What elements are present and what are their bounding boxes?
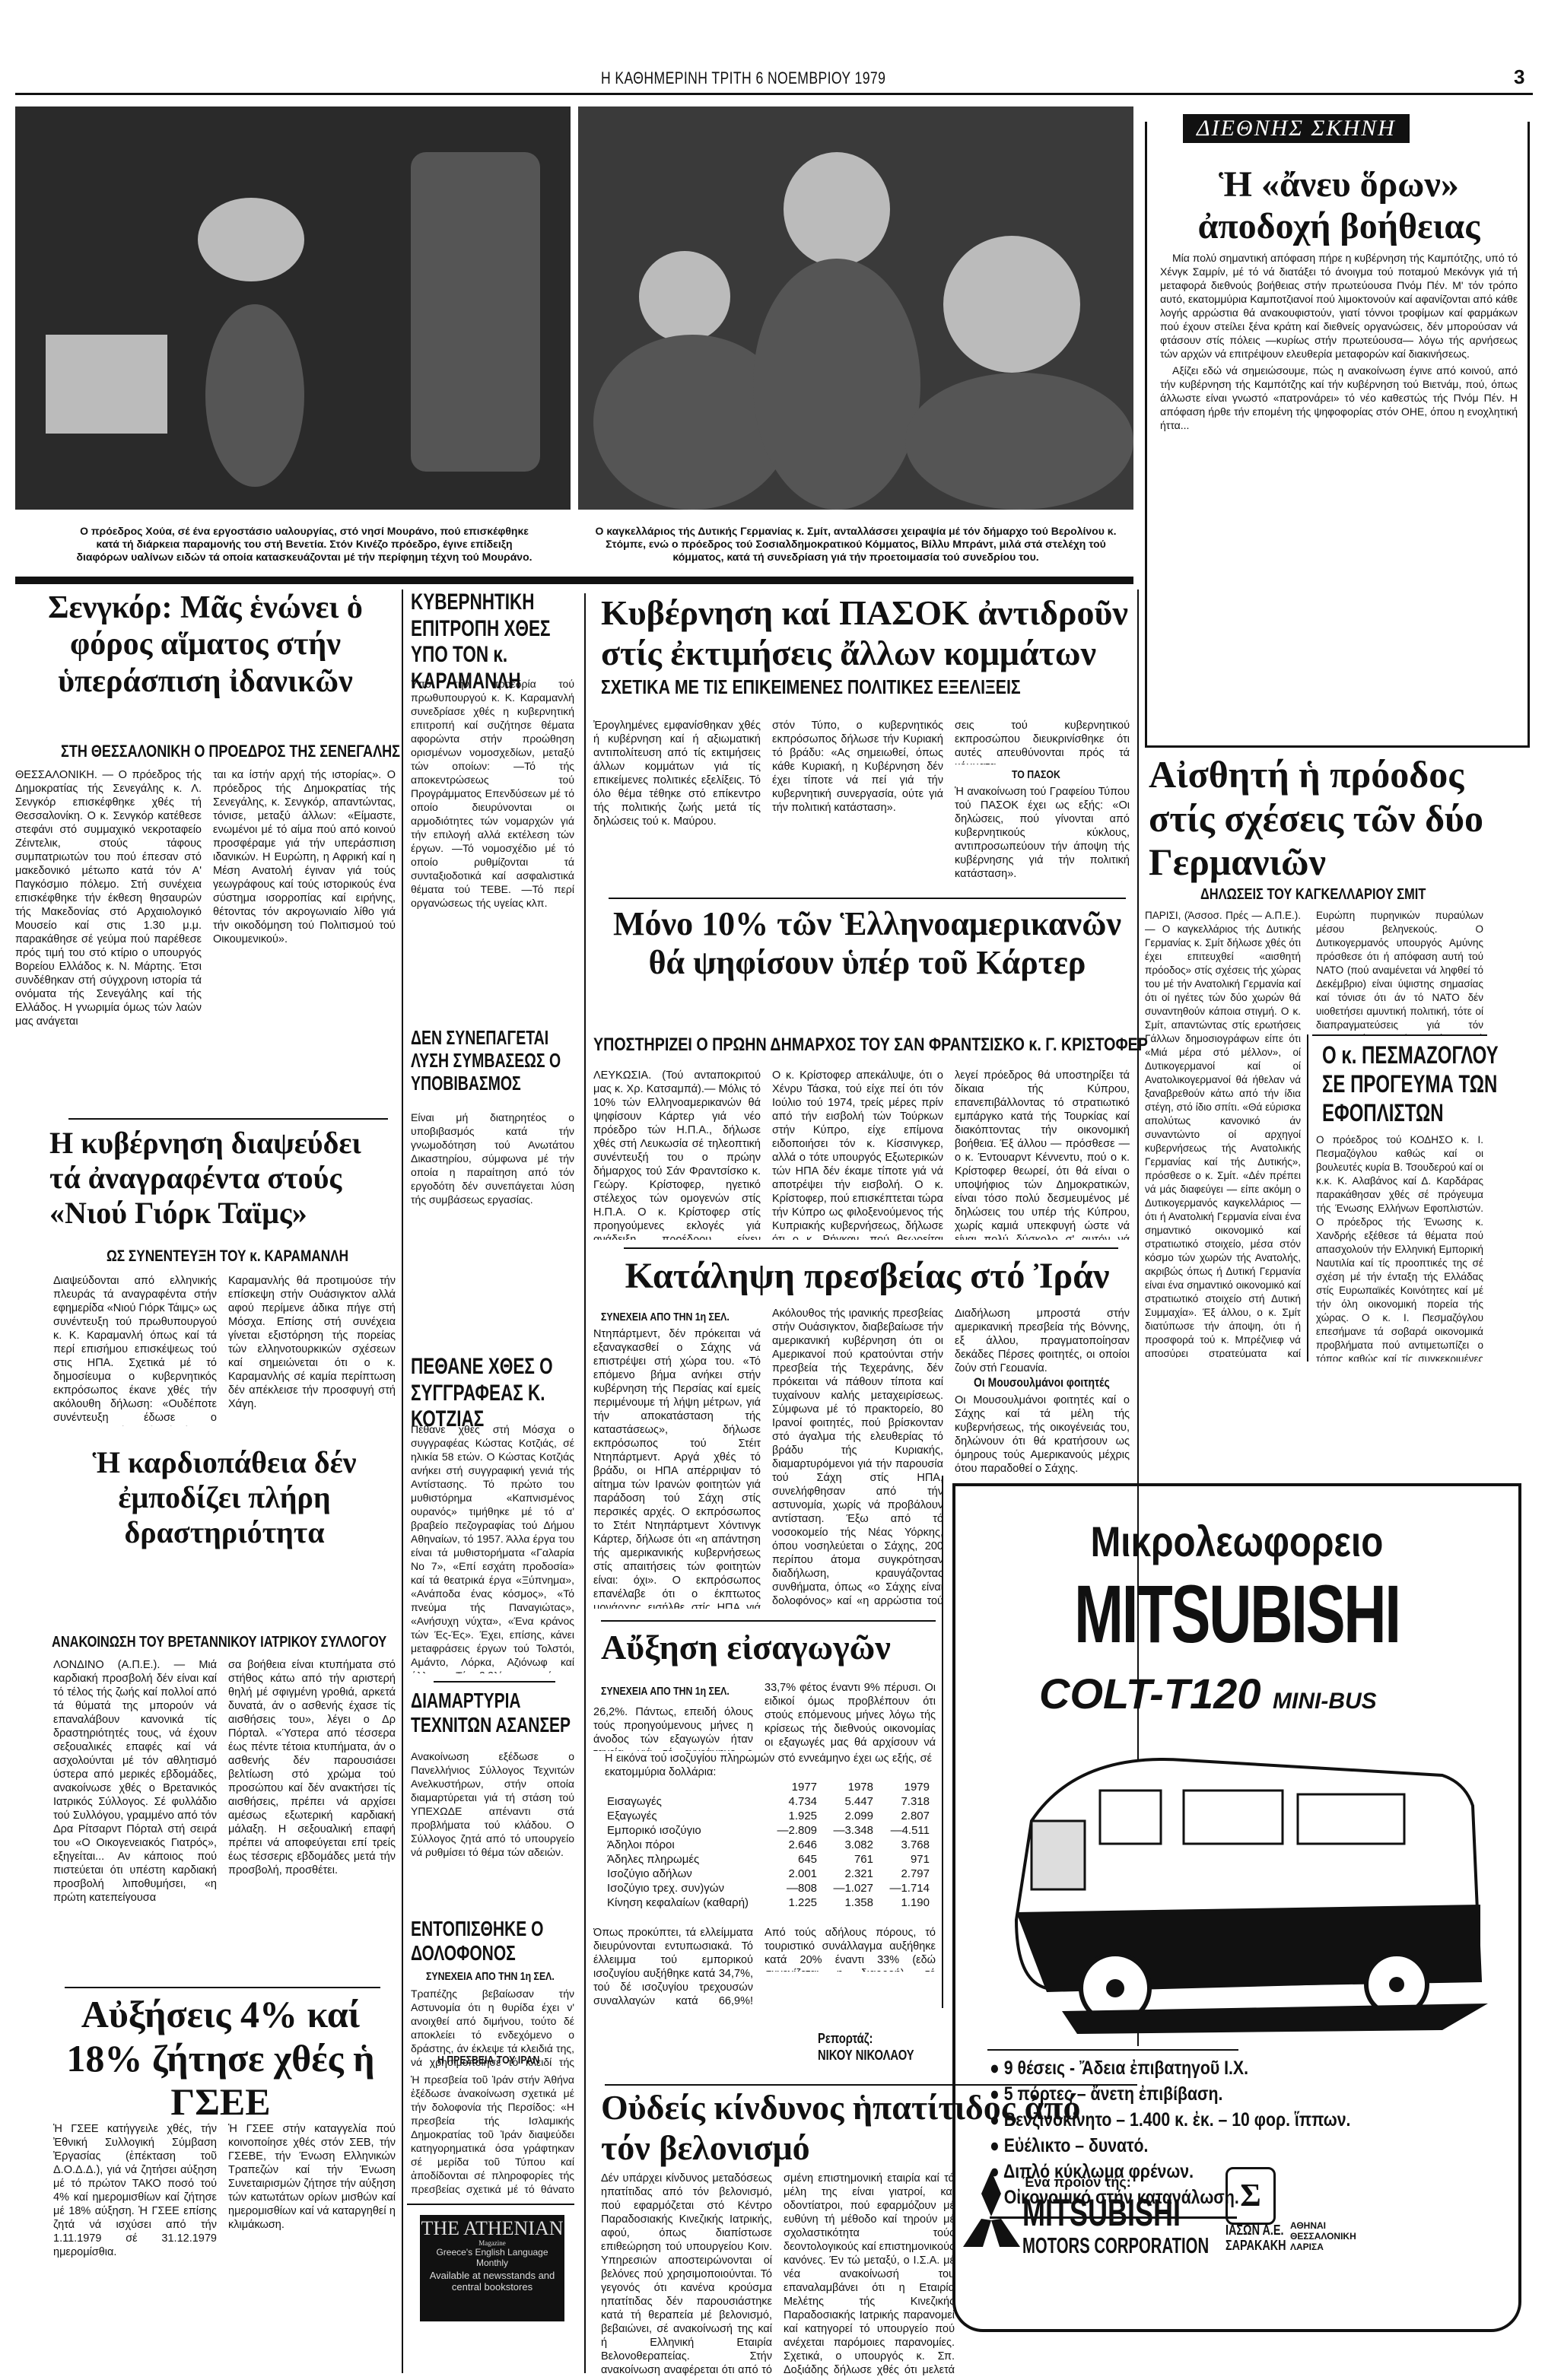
pasok-col3b: Ἡ ανακοίνωση τού Γραφείου Τύπου τού ΠΑΣΟ… [955,785,1130,891]
acupuncture-col2: σμένη επιστημονική εταιρία καί τά μέλη τ… [784,2172,955,2377]
pasok-headline: Κυβέρνηση καί ΠΑΣΟΚ ἀντιδροῦν στίς ἐκτιμ… [601,593,1133,674]
imports-col2: 33,7% φέτος έναντι 9% πέρυσι. Οι ειδικοί… [765,1681,936,1749]
ad-bullet: ● Εὐέλικτο – δυνατό. [990,2133,1404,2159]
ad-corp1: MITSUBISHI [1022,2194,1181,2232]
killer-sub: Η ΠΡΕΣΒΕΙΑ ΤΟΥ ΙΡΑΝ [437,2054,539,2067]
photo-caption-middle: Ο καγκελλάριος τής Δυτικής Γερμανίας κ. … [590,525,1122,564]
heart-kicker: ΑΝΑΚΟΙΝΩΣΗ ΤΟΥ ΒΡΕΤΑΝΝΙΚΟΥ ΙΑΤΡΙΚΟΥ ΣΥΛΛ… [52,1634,386,1651]
pasok-col2: στόν Τύπο, ο κυβερνητικός εκπρόσωπος δήλ… [772,719,943,890]
sengkor-col2: ται κα ίστήν αρχή τής ιστορίας». Ο πρόεδ… [213,768,396,1072]
germany-col2: Ευρώπη πυρηνικών πυραύλων μέσου βεληνεκο… [1316,909,1483,1034]
byline-label: Ρεπορτάζ: [818,2031,873,2047]
germany-kicker: ΔΗΛΩΣΕΙΣ ΤΟΥ ΚΑΓΚΕΛΛΑΡΙΟΥ ΣΜΙΤ [1200,886,1426,904]
heart-col2: σα βοήθεια είναι κτυπήματα στό στήθος κά… [228,1658,396,1947]
table-row: Εισαγωγές4.7345.4477.318 [601,1794,936,1809]
sengkor-col1: ΘΕΣΣΑΛΟΝΙΚΗ. — Ο πρόεδρος τής Δημοκρατία… [15,768,202,1072]
germany-headline: Αἰσθητή ἡ πρόοδος στίς σχέσεις τῶν δύο Γ… [1149,753,1529,885]
pesmazoglou-body: Ο πρόεδρος τού ΚΟΔΗΣΟ κ. Ι. Πεσμαζόγλου … [1316,1133,1483,1362]
cabinet-body: Υπό τήν προεδρία τού πρωθυπουργού κ. Κ. … [411,677,574,1004]
carter-kicker: ΥΠΟΣΤΗΡΙΖΕΙ Ο ΠΡΩΗΝ ΔΗΜΑΡΧΟΣ ΤΟΥ ΣΑΝ ΦΡΑ… [593,1034,1148,1056]
acupuncture-col1: Δέν υπάρχει κίνδυνος μεταδόσεως ηπατίτιδ… [601,2172,772,2377]
athenian-title: THE ATHENIAN [420,2218,564,2239]
carter-col3: λεγεί πρόεδρος θά υποστηρίξει τά δίκαια … [955,1069,1130,1240]
mitsubishi-diamonds-icon [963,2171,1020,2251]
ad-top: Μικρολεωφορειο [998,1517,1477,1566]
protest-body: Ανακοίνωση εξέδωσε ο Πανελλήνιος Σύλλογο… [411,1749,574,1902]
iran-col2: Ακόλουθος τής ιρανικής πρεσβείας στήν Ου… [772,1307,943,1609]
germany-col1: ΠΑΡΙΣΙ, (Άσσοσ. Πρές — Α.Π.Ε.).— Ο καγκε… [1145,909,1301,1358]
imports-table-intro: Η εικόνα τού ισοζυγίου πληρωμών στό εννε… [605,1752,932,1779]
carter-col1: ΛΕΥΚΩΣΙΑ. (Τού ανταποκριτού μας κ. Χρ. Κ… [593,1069,761,1240]
iran-sub: Οι Μουσουλμάνοι φοιτητές [974,1375,1110,1390]
kotzias-body: Πέθανε χθές στή Μόσχα ο συγγραφέας Κώστα… [411,1422,574,1673]
section-rule [15,577,1133,584]
killer-body2: Ἡ πρεσβεία τοῦ Ἰράν στήν Ἀθήνα ἐξέδωσε ἀ… [411,2073,574,2198]
ad-cities: ΑΘΗΝΑΙ ΘΕΣΣΑΛΟΝΙΚΗ ΛΑΡΙΣΑ [1290,2220,1356,2252]
table-row: Κίνηση κεφαλαίων (καθαρή)1.2251.3581.190 [601,1895,936,1910]
iran-cont: ΣΥΝΕΧΕΙΑ ΑΠΟ ΤΗΝ 1η ΣΕΛ. [601,1311,730,1323]
international-badge: ΔΙΕΘΝΗΣ ΣΚΗΝΗ [1183,114,1410,143]
table-row: Εμπορικό ισοζύγιο—2.809—3.348—4.511 [601,1823,936,1838]
ad-brand: MITSUBISHI [1035,1566,1440,1661]
table-row: Ισοζύγιο αδήλων2.0012.3212.797 [601,1867,936,1881]
ad-bullet: ● Βενζινοκίνητο – 1.400 κ. ἐκ. – 10 φορ.… [990,2107,1404,2133]
photo-hua-murano [15,106,571,510]
killer-cont: ΣΥΝΕΧΕΙΑ ΑΠΟ ΤΗΝ 1η ΣΕΛ. [426,1970,555,1983]
balance-of-payments-table: 197719781979 Εισαγωγές4.7345.4477.318 Εξ… [601,1780,936,1910]
pasok-kicker: ΣΧΕΤΙΚΑ ΜΕ ΤΙΣ ΕΠΙΚΕΙΜΕΝΕΣ ΠΟΛΙΤΙΚΕΣ ΕΞΕ… [601,675,1021,699]
masthead-title: Η ΚΑΘΗΜΕΡΙΝΗ ΤΡΙΤΗ 6 ΝΟΕΜΒΡΙΟΥ 1979 [601,68,885,88]
gsee-col1: Ἡ ΓΣΕΕ κατήγγειλε χθές, τήν Ἐθνική Συλλο… [53,2122,217,2373]
sengkor-headline: Σενγκόρ: Μᾶς ἑνώνει ὁ φόρος αἵματος στήν… [15,589,396,700]
killer-headline: ΕΝΤΟΠΙΣΘΗΚΕ Ο ΔΟΛΟΦΟΝΟΣ [411,1917,577,1965]
table-row: Εξαγωγές1.9252.0992.807 [601,1809,936,1823]
iran-headline: Κατάληψη πρεσβείας στό Ἰράν [601,1255,1133,1297]
table-row: Άδηλοι πόροι2.6463.0823.768 [601,1838,936,1852]
pasok-sub: ΤΟ ΠΑΣΟΚ [1012,768,1060,781]
strike-headline: ΔΕΝ ΣΥΝΕΠΑΓΕΤΑΙ ΛΥΣΗ ΣΥΜΒΑΣΕΩΣ Ο ΥΠΟΒΙΒΑ… [411,1027,577,1095]
sengkor-kicker: ΣΤΗ ΘΕΣΣΑΛΟΝΙΚΗ Ο ΠΡΟΕΔΡΟΣ ΤΗΣ ΣΕΝΕΓΑΛΗΣ [61,742,400,761]
carter-col2: Ο κ. Κρίστοφερ απεκάλυψε, ότι ο Χένρυ Τά… [772,1069,943,1240]
international-body: Μία πολύ σημαντική απόφαση πήρε η κυβέρν… [1160,251,1518,435]
pasok-col1: Ἐρογλημένες εμφανίσθηκαν χθές ή κυβέρνησ… [593,719,761,890]
pasok-col3: σεις τού κυβερνητικού εκπροσώπου διευκρι… [955,719,1130,764]
strike-body: Είναι μή διατηρητέος ο υποβιβασμός κατά … [411,1111,574,1354]
iran-col3: Διαδήλωση μπροστά στήν αμερικανική πρεσβ… [955,1307,1130,1371]
photo-caption-left: Ο πρόεδρος Χούα, σέ ένα εργοστάσιο υαλου… [76,525,532,564]
pesmazoglou-headline: Ο κ. ΠΕΣΜΑΖΟΓΛΟΥ ΣΕ ΠΡΟΓΕΥΜΑ ΤΩΝ ΕΦΟΠΛΙΣ… [1322,1041,1516,1127]
kotzias-headline: ΠΕΘΑΝΕ ΧΘΕΣ Ο ΣΥΓΓΡΑΦΕΑΣ Κ. ΚΟΤΖΙΑΣ [411,1354,577,1433]
table-row: Ισοζύγιο τρεχ. συν)γών—808—1.027—1.714 [601,1881,936,1895]
ad-product-of: Ένα προϊόν τής: [1022,2175,1131,2191]
byline-name: ΝΙΚΟΥ ΝΙΚΟΛΑΟΥ [818,2048,914,2064]
iason-logo-icon: Σ [1226,2167,1276,2225]
gsee-col2: Ἡ ΓΣΕΕ στήν καταγγελία πού κοινοποίησε χ… [228,2122,396,2373]
table-header: 197719781979 [601,1780,936,1794]
imports-cont: ΣΥΝΕΧΕΙΑ ΑΠΟ ΤΗΝ 1η ΣΕΛ. [601,1685,730,1698]
nyt-col1: Διαψεύδονται από ελληνικής πλευράς τά αν… [53,1274,217,1426]
ad-corp2: MOTORS CORPORATION [1022,2234,1209,2259]
masthead: Η ΚΑΘΗΜΕΡΙΝΗ ΤΡΙΤΗ 6 ΝΟΕΜΒΡΙΟΥ 1979 3 [0,61,1545,91]
iran-col3b: Οι Μουσουλμάνοι φοιτητές καί ο Σάχης καί… [955,1393,1130,1485]
page-number: 3 [1514,65,1524,89]
nyt-headline: Η κυβέρνηση διαψεύδει τά ἀναγραφέντα στο… [49,1126,396,1231]
ad-bullet: ● 9 θέσεις - Ἄδεια ἐπιβατηγοῦ Ι.Χ. [990,2055,1404,2081]
heart-headline: Ἡ καρδιοπάθεια δέν ἐμποδίζει πλήρη δραστ… [53,1445,396,1550]
athenian-ad[interactable]: THE ATHENIAN Magazine Greece's English L… [420,2215,564,2321]
nyt-kicker: ΩΣ ΣΥΝΕΝΤΕΥΞΗ ΤΟΥ κ. ΚΑΡΑΜΑΝΛΗ [106,1247,348,1266]
masthead-rule [15,93,1533,95]
imports-col4: Από τούς αδήλους πόρους, τό τουριστικό σ… [765,1926,936,1972]
ad-model: COLT-T120 MINI-BUS [1039,1669,1377,1718]
nyt-col2: Καραμανλής θά προτιμούσε τήν επίσκεψη στ… [228,1274,396,1426]
imports-col3: Όπως προκύπτει, τά ελλείμματα διευρύνοντ… [593,1926,753,2006]
ad-dealer: ΙΑΣΩΝ Α.Ε. ΣΑΡΑΚΑΚΗ [1226,2223,1286,2253]
table-row: Άδηλες πληρωμές645761971 [601,1852,936,1867]
heart-col1: ΛΟΝΔΙΝΟ (Α.Π.Ε.). — Μιά καρδιακή προσβολ… [53,1658,217,1947]
mitsubishi-ad[interactable]: Μικρολεωφορειο MITSUBISHI COLT-T120 MINI… [952,1483,1521,2332]
photo-schmidt-berlin [578,106,1133,510]
iran-col1: Ντηπάρτμεντ, δέν πρόκειται νά εξαναγκασθ… [593,1327,761,1609]
ad-bullet: ● 5 πόρτες – ἄνετη ἐπιβίβαση. [990,2081,1404,2107]
gsee-headline: Αὐξήσεις 4% καί 18% ζήτησε χθές ἡ ΓΣΕΕ [46,1993,396,2124]
international-headline: Ἡ «ἄνευ ὅρων» ἀποδοχή βοήθειας [1160,164,1518,247]
protest-headline: ΔΙΑΜΑΡΤΥΡΙΑ ΤΕΧΝΙΤΩΝ ΑΣΑΝΣΕΡ [411,1689,577,1737]
minibus-illustration [986,1730,1488,2049]
imports-headline: Αὔξηση εἰσαγωγῶν [601,1628,936,1668]
carter-headline: Μόνο 10% τῶν Ἑλληνοαμερικανῶν θά ψηφίσου… [601,905,1133,982]
imports-col1: 26,2%. Πάντως, επειδή όλους τούς προηγού… [593,1705,753,1751]
